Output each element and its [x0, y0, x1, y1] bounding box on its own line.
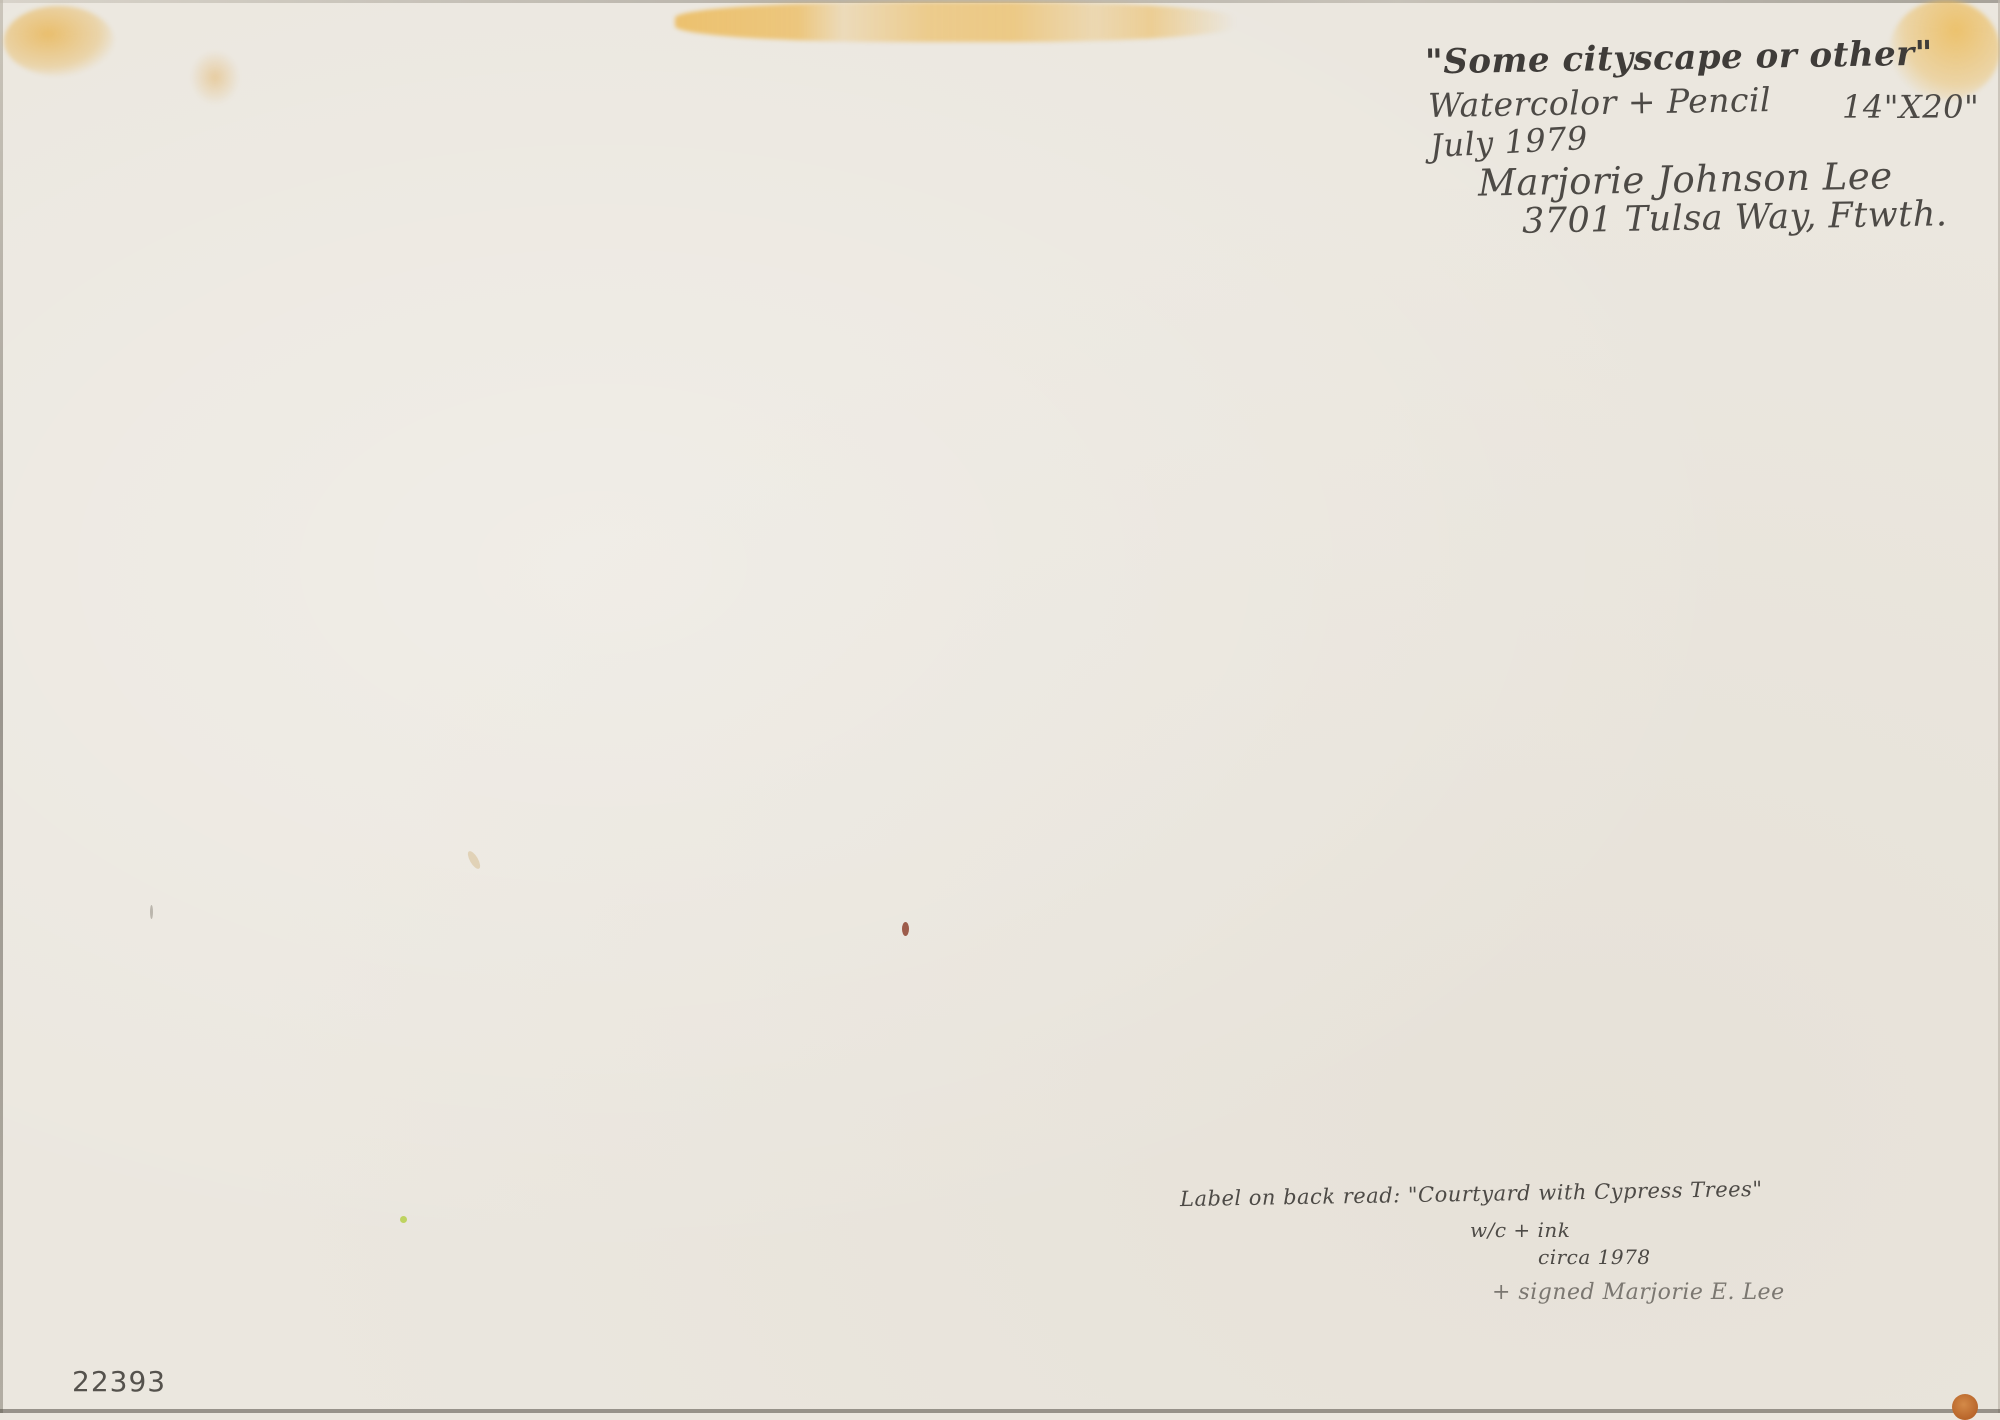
yellow-pigment-speckle: [190, 50, 240, 105]
note-medium: w/c + ink: [1470, 1218, 1570, 1242]
inscription-date: July 1979: [1429, 119, 1589, 165]
tan-paint-speck: [466, 849, 483, 870]
inventory-number: 22393: [72, 1365, 166, 1398]
sheet-left-edge: [0, 0, 3, 1413]
inscription-address: 3701 Tulsa Way, Ftwth.: [1522, 194, 1948, 241]
green-paint-speck: [400, 1216, 407, 1223]
note-signature: + signed Marjorie E. Lee: [1492, 1280, 1785, 1305]
orange-dot-sticker: [1952, 1394, 1978, 1413]
inscription-title: "Some cityscape or other": [1425, 34, 1933, 83]
note-label-text: Label on back read: "Courtyard with Cypr…: [1180, 1177, 1763, 1211]
red-paint-speck: [902, 922, 909, 936]
inscription-dimensions: 14"X20": [1842, 88, 1979, 126]
yellow-pigment-smudge-top-left: [4, 6, 114, 76]
yellow-pigment-smudge-top-center: [675, 2, 1235, 42]
grey-mark: [150, 905, 153, 919]
artwork-verso-sheet: "Some cityscape or other" Watercolor + P…: [0, 0, 2000, 1413]
note-date: circa 1978: [1538, 1245, 1651, 1269]
inscription-medium: Watercolor + Pencil: [1428, 80, 1772, 125]
sheet-bottom-edge: [0, 1409, 2000, 1413]
